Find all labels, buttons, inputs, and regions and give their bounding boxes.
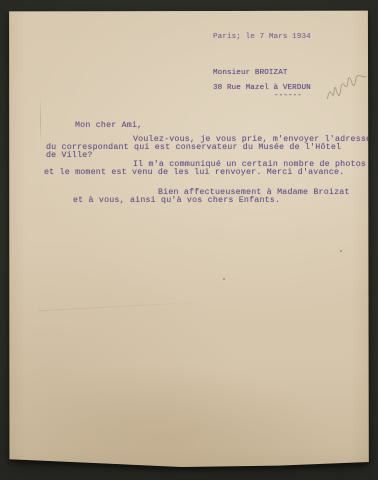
closing-line-2: et à vous, ainsi qu'à vos chers Enfants. [73,197,280,205]
handwritten-annotation [322,70,372,106]
address-underline: ------ [274,92,302,100]
letter-page: Paris; le 7 Mars 1934 Monsieur BROIZAT 3… [8,10,369,467]
paper-crease [40,96,41,144]
paper-crease-horizontal [38,300,238,311]
scan-background: Paris; le 7 Mars 1934 Monsieur BROIZAT 3… [0,0,378,480]
date-line: Paris; le 7 Mars 1934 [213,33,311,41]
paper-speck [340,250,342,252]
salutation-line: Mon cher Ami, [75,122,142,130]
paper-speck [223,278,225,280]
letter-page-shadow: Paris; le 7 Mars 1934 Monsieur BROIZAT 3… [0,0,378,480]
recipient-name-line: Monsieur BROIZAT [213,69,288,77]
body-paragraph-2-line-2: et le moment est venu de les lui renvoye… [44,169,344,177]
recipient-address-line: 38 Rue Mazel à VERDUN [213,84,311,92]
body-paragraph-1-line-3: de Ville? [46,152,93,160]
